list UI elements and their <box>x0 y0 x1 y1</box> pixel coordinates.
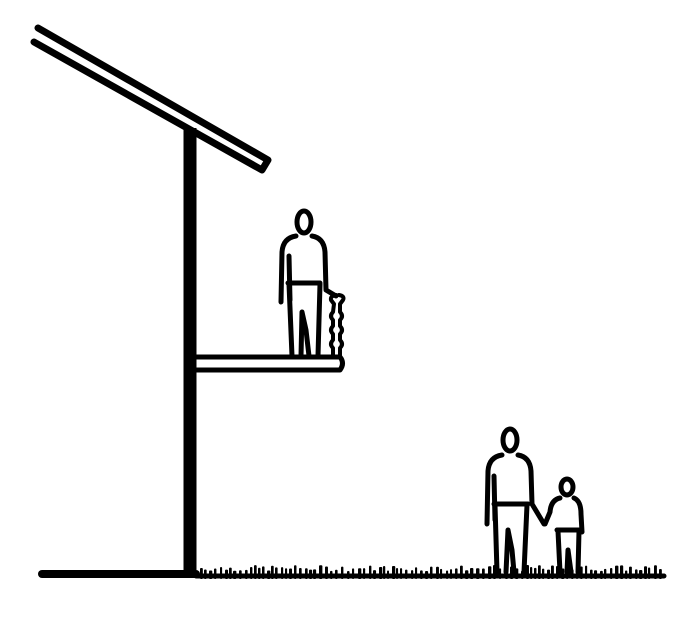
adult-on-ground <box>487 429 544 572</box>
sloped-roof <box>34 28 268 170</box>
elevated-deck <box>196 357 343 370</box>
deck-railing-post <box>331 295 344 357</box>
grass-texture <box>200 565 662 579</box>
illustration-canvas <box>0 0 688 623</box>
adult-on-deck <box>281 211 336 356</box>
child-on-ground <box>545 479 582 572</box>
